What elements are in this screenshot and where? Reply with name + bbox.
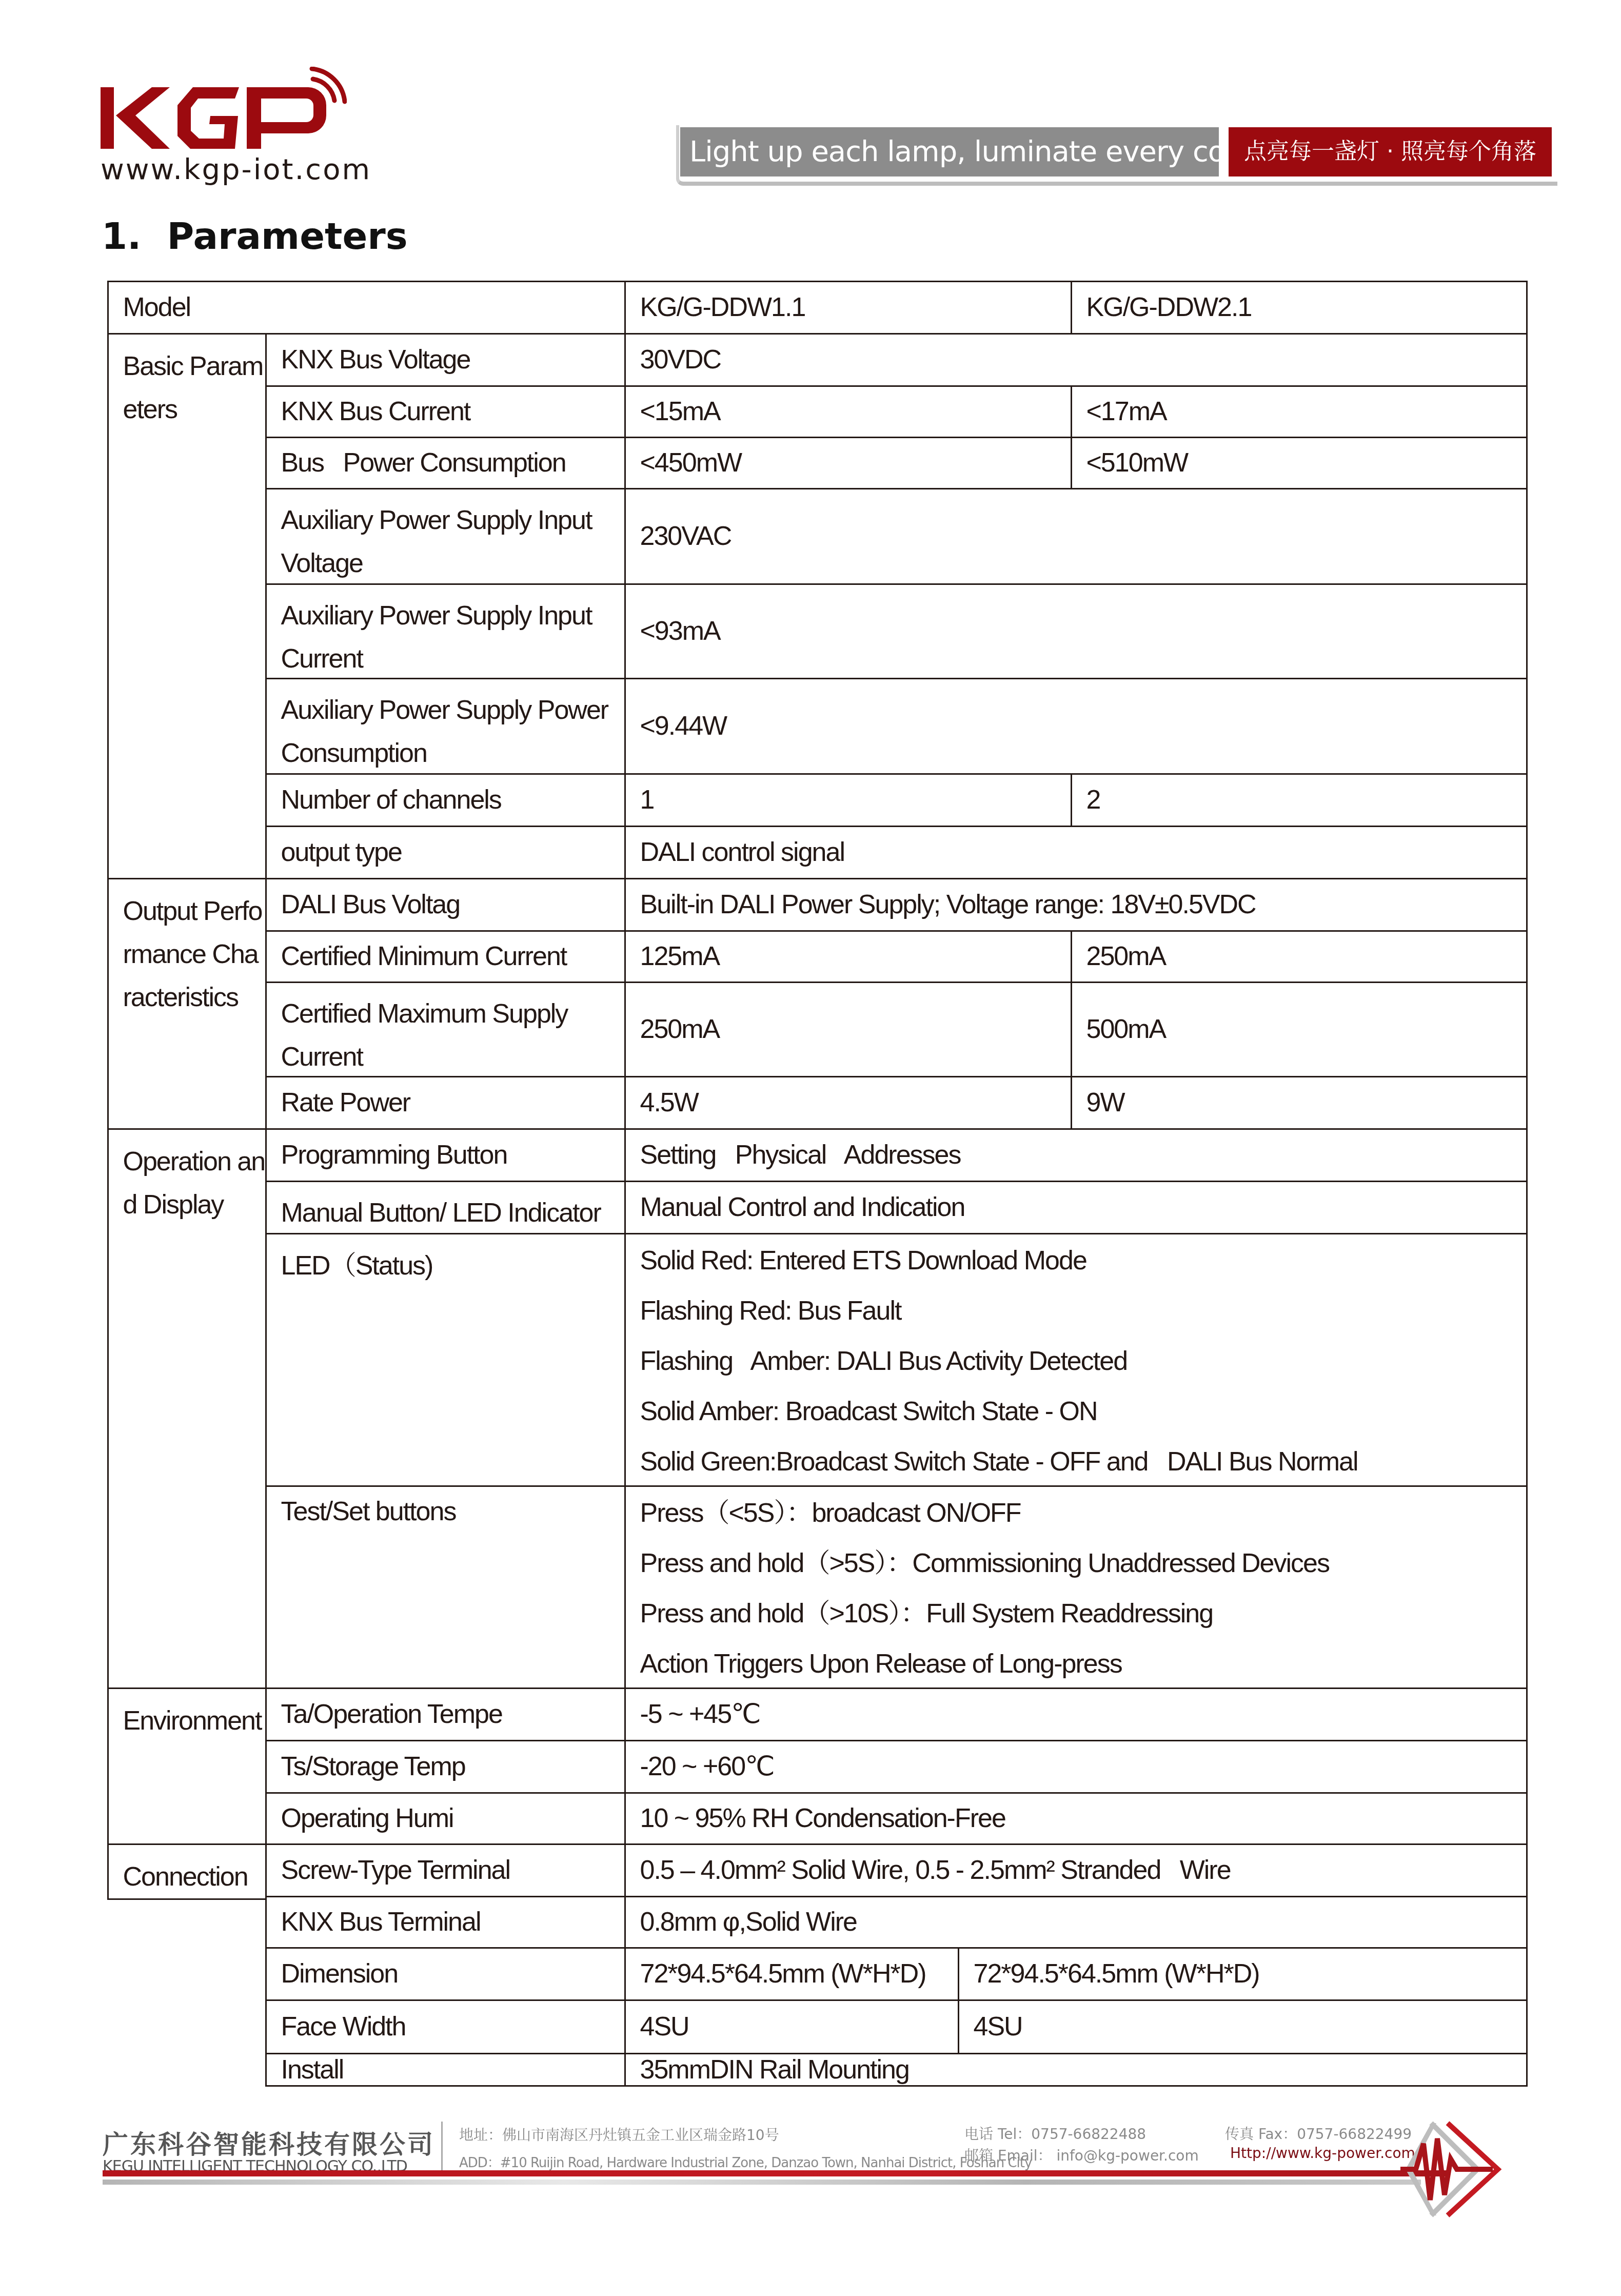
- value-cell: 250mA: [1071, 930, 1528, 983]
- param-label: Programming Button: [281, 1140, 507, 1170]
- param-label-cell: KNX Bus Voltage: [265, 333, 626, 387]
- value-text: -20 ~ +60℃: [640, 1751, 774, 1782]
- param-label-cell: LED（Status): [265, 1233, 626, 1487]
- value-line: Solid Amber: Broadcast Switch State - ON: [640, 1395, 1526, 1445]
- param-label: Ts/Storage Temp: [281, 1751, 465, 1782]
- value-text: 4SU: [640, 2011, 689, 2042]
- logo-url: www.kgp-iot.com: [101, 153, 371, 186]
- model-name: KG/G-DDW2.1: [1086, 292, 1252, 323]
- param-label-cell: Test/Set buttons: [265, 1485, 626, 1689]
- group-label: Basic Parameters: [123, 335, 265, 431]
- param-label-cell: output type: [265, 826, 626, 879]
- value-text: <450mW: [640, 447, 742, 478]
- footer-grey-stripe: [103, 2180, 1421, 2185]
- section-title-text: Parameters: [167, 214, 408, 258]
- param-label: Auxiliary Power Supply Power Consumption: [281, 695, 608, 768]
- value-cell: 72*94.5*64.5mm (W*H*D): [624, 1947, 959, 2001]
- value-text: Setting Physical Addresses: [640, 1140, 961, 1170]
- param-label: Number of channels: [281, 784, 501, 815]
- value-text: Built-in DALI Power Supply; Voltage rang…: [640, 889, 1256, 920]
- param-label-cell: DALI Bus Voltag: [265, 878, 626, 932]
- param-label-cell: Manual Button/ LED Indicator: [265, 1181, 626, 1234]
- param-label: Rate Power: [281, 1087, 410, 1118]
- value-text: 10 ~ 95% RH Condensation-Free: [640, 1803, 1005, 1834]
- value-cell: 10 ~ 95% RH Condensation-Free: [624, 1792, 1528, 1845]
- value-text: 1: [640, 784, 654, 815]
- value-cell: <17mA: [1071, 385, 1528, 438]
- param-label: Install: [281, 2054, 344, 2085]
- value-text: <9.44W: [640, 711, 727, 741]
- value-text: 30VDC: [640, 344, 721, 375]
- group-label: Operation and Display: [123, 1130, 265, 1226]
- value-line: Action Triggers Upon Release of Long-pre…: [640, 1647, 1526, 1689]
- param-label-cell: KNX Bus Current: [265, 385, 626, 438]
- value-text: 72*94.5*64.5mm (W*H*D): [640, 1958, 926, 1989]
- value-text: 230VAC: [640, 521, 732, 552]
- group-label: Output Performance Characteristics: [123, 879, 265, 1019]
- param-label: Manual Button/ LED Indicator: [281, 1198, 601, 1228]
- value-cell: 72*94.5*64.5mm (W*H*D): [958, 1947, 1528, 2001]
- param-label: Dimension: [281, 1958, 398, 1989]
- value-text: 72*94.5*64.5mm (W*H*D): [974, 1958, 1259, 1989]
- param-label: Ta/Operation Tempe: [281, 1699, 502, 1730]
- param-label-cell: Ts/Storage Temp: [265, 1740, 626, 1794]
- value-text: DALI control signal: [640, 837, 844, 868]
- model-name: KG/G-DDW1.1: [640, 292, 805, 323]
- value-line: Solid Red: Entered ETS Download Mode: [640, 1244, 1526, 1294]
- footer-red-stripe: [103, 2170, 1447, 2176]
- value-cell: 125mA: [624, 930, 1072, 983]
- value-text: 2: [1086, 784, 1100, 815]
- value-cell: 0.5 – 4.0mm² Solid Wire, 0.5 - 2.5mm² St…: [624, 1843, 1528, 1897]
- param-label: KNX Bus Current: [281, 396, 470, 427]
- value-cell: DALI control signal: [624, 826, 1528, 879]
- param-label-cell: Auxiliary Power Supply Input Current: [265, 583, 626, 679]
- param-label: Auxiliary Power Supply Input Current: [281, 601, 592, 674]
- website-link[interactable]: Http://www.kg-power.com: [1230, 2145, 1415, 2162]
- value-text: 4.5W: [640, 1087, 698, 1118]
- param-label-cell: Face Width: [265, 1999, 626, 2054]
- value-cell: 0.8mm φ,Solid Wire: [624, 1896, 1528, 1949]
- value-cell: <93mA: [624, 583, 1528, 679]
- value-line: Press and hold（>5S）：Commissioning Unaddr…: [640, 1546, 1526, 1597]
- group-label-cell: Environment: [107, 1687, 267, 1845]
- param-label: Certified Minimum Current: [281, 941, 567, 972]
- value-cell: 4SU: [624, 1999, 959, 2054]
- param-label: KNX Bus Voltage: [281, 344, 470, 375]
- value-text: <93mA: [640, 616, 720, 646]
- param-label-cell: Certified Minimum Current: [265, 930, 626, 983]
- value-cell: 500mA: [1071, 982, 1528, 1077]
- value-cell: 30VDC: [624, 333, 1528, 387]
- footer-divider: [441, 2122, 443, 2170]
- value-cell: 4SU: [958, 1999, 1528, 2054]
- value-text: 0.8mm φ,Solid Wire: [640, 1907, 857, 1937]
- value-cell: Solid Red: Entered ETS Download ModeFlas…: [624, 1233, 1528, 1487]
- address-cn: 地址：佛山市南海区丹灶镇五金工业区瑞金路10号: [459, 2124, 779, 2145]
- section-title: 1. Parameters: [102, 214, 408, 258]
- param-label-cell: Dimension: [265, 1947, 626, 2001]
- value-cell: 230VAC: [624, 488, 1528, 585]
- pulse-diamond-emblem-icon: [1400, 2118, 1524, 2221]
- param-label: DALI Bus Voltag: [281, 889, 460, 920]
- value-text: <15mA: [640, 396, 720, 427]
- param-label: LED（Status): [281, 1251, 433, 1281]
- param-label-cell: Programming Button: [265, 1128, 626, 1182]
- param-label: Face Width: [281, 2011, 406, 2042]
- value-cell: Manual Control and Indication: [624, 1181, 1528, 1234]
- value-line: Press（<5S）：broadcast ON/OFF: [640, 1496, 1526, 1546]
- value-cell: 250mA: [624, 982, 1072, 1077]
- value-text: 250mA: [640, 1014, 720, 1045]
- param-label-cell: KNX Bus Terminal: [265, 1896, 626, 1949]
- group-label: Environment: [123, 1689, 265, 1742]
- value-cell: Built-in DALI Power Supply; Voltage rang…: [624, 878, 1528, 932]
- model-cell: KG/G-DDW1.1: [624, 281, 1072, 335]
- value-cell: <9.44W: [624, 678, 1528, 775]
- param-label: KNX Bus Terminal: [281, 1907, 481, 1937]
- param-label-cell: Install: [265, 2053, 626, 2087]
- value-text: -5 ~ +45℃: [640, 1699, 760, 1730]
- value-text: Manual Control and Indication: [640, 1192, 965, 1223]
- param-label: Screw-Type Terminal: [281, 1855, 510, 1886]
- value-line: Flashing Red: Bus Fault: [640, 1294, 1526, 1344]
- value-cell: 2: [1071, 773, 1528, 827]
- param-label: Test/Set buttons: [281, 1497, 456, 1526]
- group-label: Connection: [123, 1845, 265, 1898]
- value-text: 9W: [1086, 1087, 1124, 1118]
- slogan-chinese: 点亮每一盏灯 · 照亮每个角落: [1229, 127, 1552, 176]
- param-label-cell: Screw-Type Terminal: [265, 1843, 626, 1897]
- value-cell: Setting Physical Addresses: [624, 1128, 1528, 1182]
- fax: 传真 Fax：0757-66822499: [1225, 2123, 1412, 2144]
- value-text: 35mmDIN Rail Mounting: [640, 2054, 909, 2085]
- value-cell: Press（<5S）：broadcast ON/OFFPress and hol…: [624, 1485, 1528, 1689]
- company-name-cn: 广东科谷智能科技有限公司: [103, 2124, 435, 2161]
- value-cell: -5 ~ +45℃: [624, 1687, 1528, 1741]
- value-cell: 4.5W: [624, 1076, 1072, 1130]
- param-label: Auxiliary Power Supply Input Voltage: [281, 505, 592, 578]
- param-label-cell: Bus Power Consumption: [265, 437, 626, 489]
- value-text: 4SU: [974, 2011, 1022, 2042]
- value-cell: <15mA: [624, 385, 1072, 438]
- param-label: output type: [281, 837, 402, 868]
- group-label-cell: Operation and Display: [107, 1128, 267, 1689]
- model-label: Model: [123, 292, 191, 323]
- value-text: 500mA: [1086, 1014, 1166, 1045]
- param-label: Bus Power Consumption: [281, 447, 566, 478]
- slogan-english: Light up each lamp, luminate every corne…: [680, 127, 1219, 176]
- value-text: 125mA: [640, 941, 720, 972]
- param-label-cell: Ta/Operation Tempe: [265, 1687, 626, 1741]
- param-label-cell: Auxiliary Power Supply Input Voltage: [265, 488, 626, 585]
- param-label-cell: Certified Maximum Supply Current: [265, 982, 626, 1077]
- param-label: Operating Humi: [281, 1803, 453, 1834]
- param-label: Certified Maximum Supply Current: [281, 999, 568, 1072]
- section-number: 1.: [102, 214, 141, 258]
- value-line: Solid Green:Broadcast Switch State - OFF…: [640, 1445, 1526, 1487]
- param-label-cell: Operating Humi: [265, 1792, 626, 1845]
- email[interactable]: 邮箱 Email： info@kg-power.com: [964, 2145, 1199, 2165]
- value-cell: 35mmDIN Rail Mounting: [624, 2053, 1528, 2087]
- group-label-cell: Connection: [107, 1843, 267, 1900]
- value-cell: <450mW: [624, 437, 1072, 489]
- group-label-cell: Output Performance Characteristics: [107, 878, 267, 1130]
- value-text: 0.5 – 4.0mm² Solid Wire, 0.5 - 2.5mm² St…: [640, 1855, 1231, 1886]
- group-label-cell: Basic Parameters: [107, 333, 267, 879]
- value-text: 250mA: [1086, 941, 1166, 972]
- value-cell: <510mW: [1071, 437, 1528, 489]
- value-cell: -20 ~ +60℃: [624, 1740, 1528, 1794]
- param-label-cell: Rate Power: [265, 1076, 626, 1130]
- param-label-cell: Number of channels: [265, 773, 626, 827]
- value-cell: 1: [624, 773, 1072, 827]
- address-en: ADD：#10 Ruijin Road, Hardware Industrial…: [459, 2152, 1032, 2171]
- parameters-table: ModelKG/G-DDW1.1KG/G-DDW2.1Basic Paramet…: [108, 281, 1527, 2105]
- value-line: Flashing Amber: DALI Bus Activity Detect…: [640, 1344, 1526, 1395]
- value-text: <17mA: [1086, 396, 1167, 427]
- model-cell: KG/G-DDW2.1: [1071, 281, 1528, 335]
- value-line: Press and hold（>10S）：Full System Readdre…: [640, 1597, 1526, 1647]
- param-label-cell: Auxiliary Power Supply Power Consumption: [265, 678, 626, 775]
- model-label-cell: Model: [107, 281, 626, 335]
- value-cell: 9W: [1071, 1076, 1528, 1130]
- value-text: <510mW: [1086, 447, 1188, 478]
- telephone: 电话 Tel：0757-66822488: [964, 2123, 1146, 2144]
